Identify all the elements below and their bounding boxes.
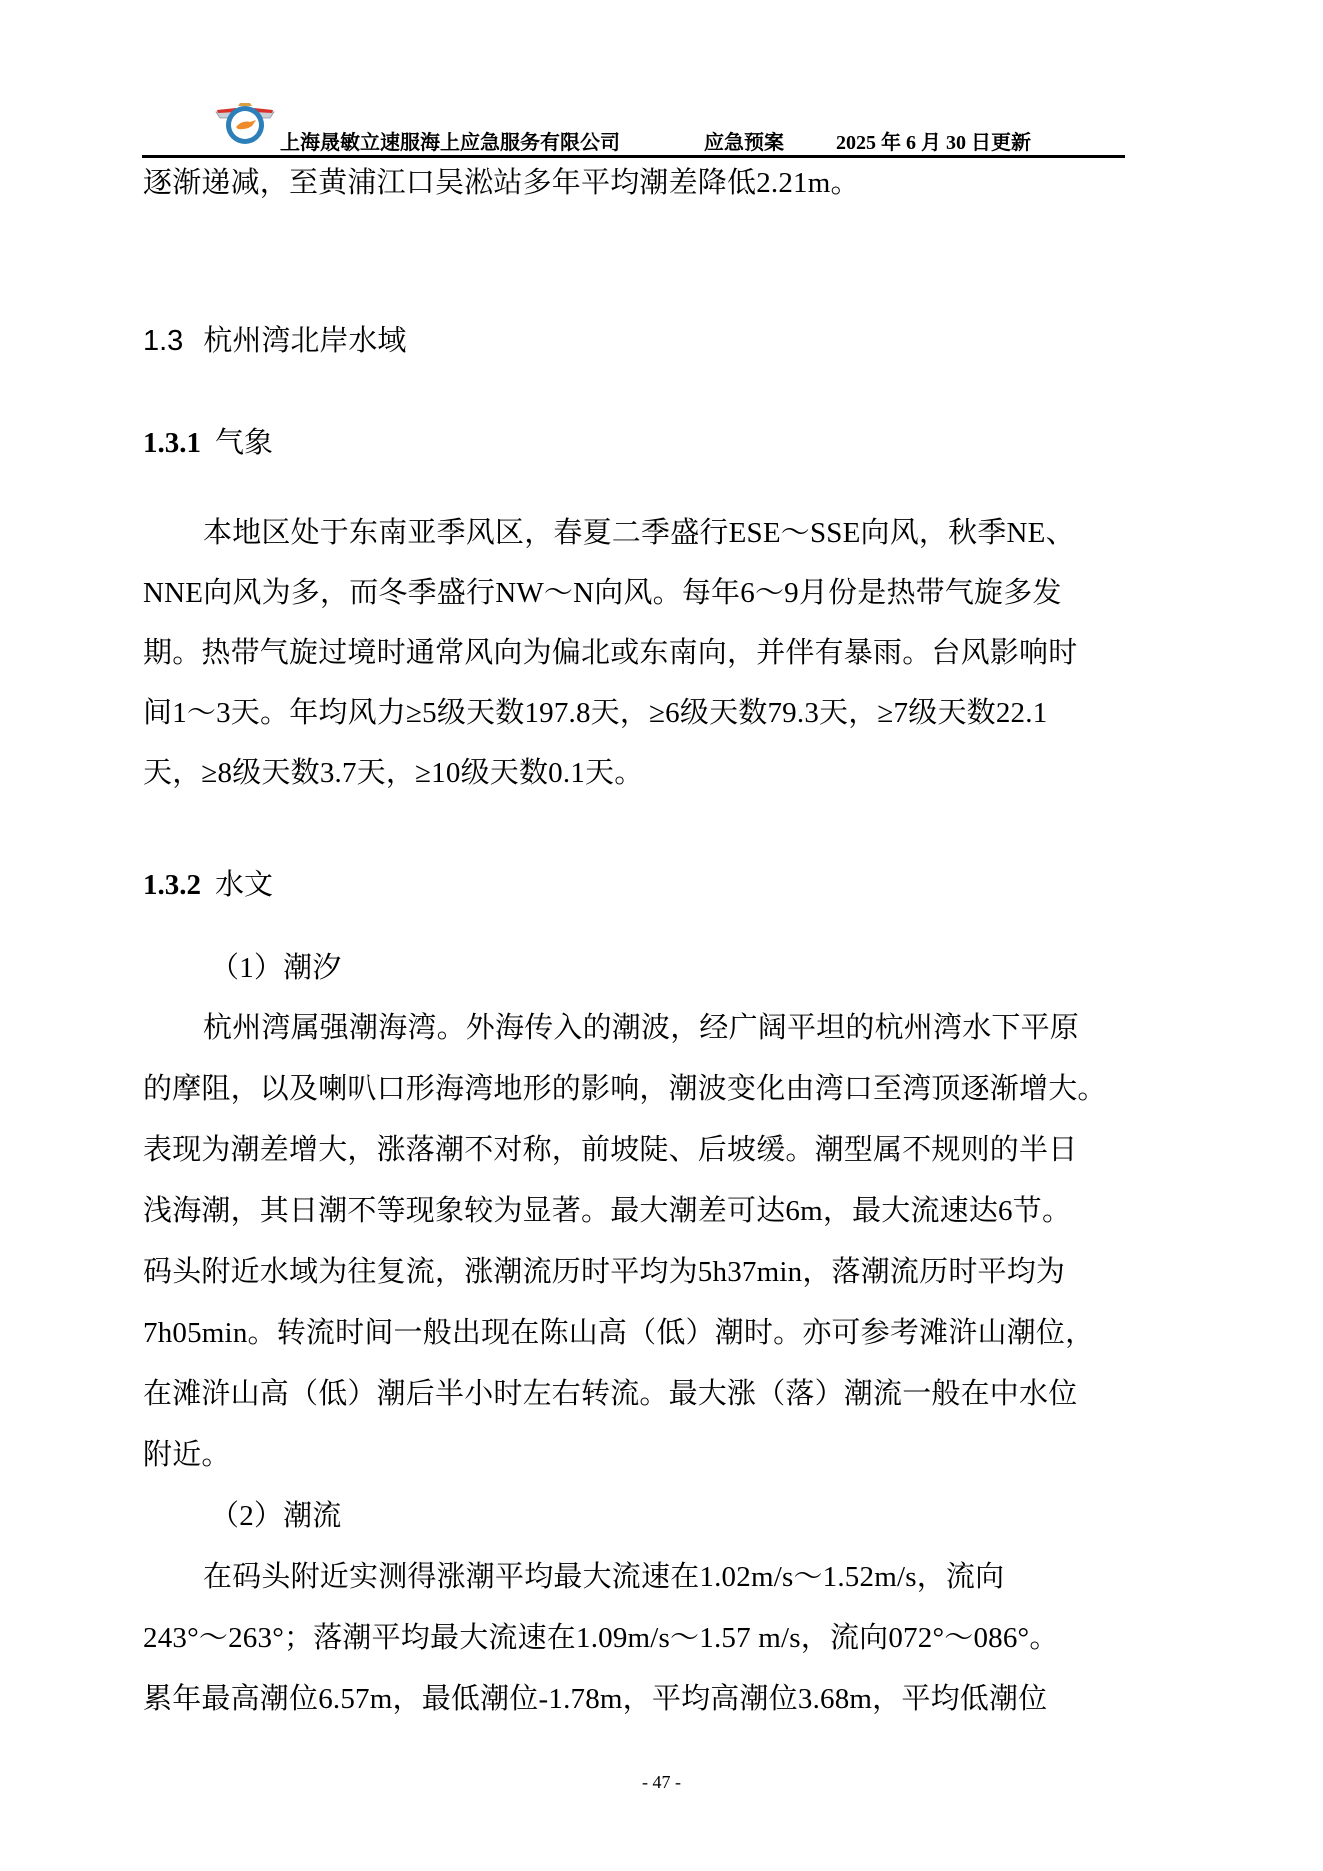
section-number: 1.3.1 — [143, 427, 201, 459]
paragraph-line: 天，≥8级天数3.7天，≥10级天数0.1天。 — [143, 750, 643, 791]
section-title: 杭州湾北岸水域 — [203, 325, 406, 357]
paragraph-line: 的摩阻，以及喇叭口形海湾地形的影响，潮波变化由湾口至湾顶逐渐增大。 — [143, 1066, 1107, 1107]
paragraph-line: 本地区处于东南亚季风区，春夏二季盛行ESE～SSE向风，秋季NE、 — [203, 510, 1075, 551]
header-update-date: 2025 年 6 月 30 日更新 — [836, 126, 1031, 155]
paragraph-line: 在滩浒山高（低）潮后半小时左右转流。最大涨（落）潮流一般在中水位 — [143, 1371, 1077, 1412]
section-heading-1-3-2: 1.3.2水文 — [143, 862, 273, 903]
paragraph-line: 浅海潮，其日潮不等现象较为显著。最大潮差可达6m，最大流速达6节。 — [143, 1188, 1071, 1229]
lead-line: 逐渐递减，至黄浦江口吴淞站多年平均潮差降低2.21m。 — [143, 160, 860, 201]
header-company-name: 上海晟敏立速服海上应急服务有限公司 — [280, 126, 620, 155]
paragraph-line: 累年最高潮位6.57m，最低潮位-1.78m，平均高潮位3.68m，平均低潮位 — [143, 1676, 1047, 1717]
paragraph-line: 期。热带气旋过境时通常风向为偏北或东南向，并伴有暴雨。台风影响时 — [143, 630, 1077, 671]
paragraph-line: 表现为潮差增大，涨落潮不对称，前坡陡、后坡缓。潮型属不规则的半日 — [143, 1127, 1077, 1168]
header-doc-type: 应急预案 — [704, 126, 784, 155]
section-number: 1.3 — [143, 325, 183, 357]
paragraph-line: 间1～3天。年均风力≥5级天数197.8天，≥6级天数79.3天，≥7级天数22… — [143, 690, 1047, 731]
section-title: 气象 — [215, 427, 273, 459]
paragraph-line: 附近。 — [143, 1432, 231, 1473]
paragraph-line: 在码头附近实测得涨潮平均最大流速在1.02m/s～1.52m/s，流向 — [203, 1554, 1004, 1595]
header-divider — [142, 155, 1125, 158]
company-emblem-icon — [214, 98, 276, 148]
paragraph-line: 杭州湾属强潮海湾。外海传入的潮波，经广阔平坦的杭州湾水下平原 — [203, 1005, 1079, 1046]
paragraph-line: 码头附近水域为往复流，涨潮流历时平均为5h37min，落潮流历时平均为 — [143, 1249, 1065, 1290]
section-heading-1-3-1: 1.3.1气象 — [143, 420, 273, 461]
page-number: - 47 - — [0, 1772, 1323, 1793]
section-heading-1-3: 1.3 杭州湾北岸水域 — [143, 318, 406, 359]
paragraph-line: NNE向风为多，而冬季盛行NW～N向风。每年6～9月份是热带气旋多发 — [143, 570, 1062, 611]
section-title: 水文 — [215, 869, 273, 901]
subsection-title-tide: （1）潮汐 — [210, 945, 342, 986]
section-number: 1.3.2 — [143, 869, 201, 901]
subsection-title-current: （2）潮流 — [210, 1493, 342, 1534]
paragraph-line: 7h05min。转流时间一般出现在陈山高（低）潮时。亦可参考滩浒山潮位， — [143, 1310, 1094, 1351]
paragraph-line: 243°～263°；落潮平均最大流速在1.09m/s～1.57 m/s，流向07… — [143, 1615, 1059, 1656]
